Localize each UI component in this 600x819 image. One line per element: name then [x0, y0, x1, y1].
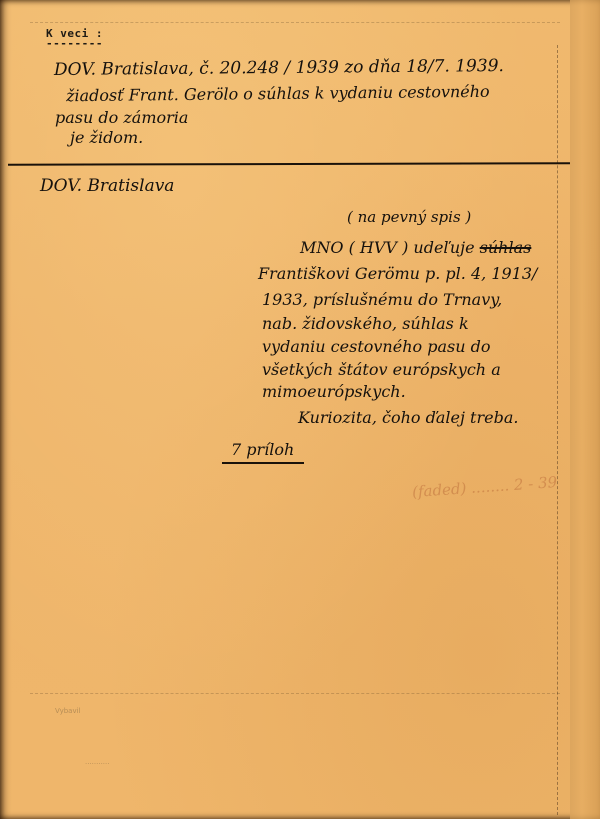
body-line-2: Františkovi Gerömu p. pl. 4, 1913/ [258, 264, 537, 283]
addressee: DOV. Bratislava [40, 176, 174, 196]
body-line-7: mimoeurópskych. [262, 382, 406, 401]
subject-line-4: je židom. [70, 128, 143, 147]
faint-rule-bottom [30, 693, 560, 695]
section-divider [8, 162, 570, 165]
subject-line-1: DOV. Bratislava, č. 20.248 / 1939 zo dňa… [54, 56, 504, 80]
subject-line-2: žiadosť Frant. Gerölo o súhlas k vydaniu… [66, 82, 490, 105]
body-line-4: nab. židovského, súhlas k [262, 314, 469, 333]
body-line-6: všetkých štátov európskych a [262, 360, 501, 379]
body-note: ( na pevný spis ) [347, 208, 471, 226]
document-page: K veci : -------- DOV. Bratislava, č. 20… [0, 0, 600, 819]
faint-rule-top [30, 22, 560, 24]
attachments-underline [222, 462, 304, 464]
faint-dotted-line: ........... [85, 758, 109, 766]
body-closing: Kuriozita, čoho ďalej treba. [298, 408, 518, 427]
faded-stamp: (faded) ........ 2 - 39 [412, 473, 558, 501]
body-line-3: 1933, príslušnému do Trnavy, [262, 290, 502, 309]
body-line-5: vydaniu cestovného pasu do [262, 337, 490, 356]
attachments-note: 7 príloh [231, 440, 294, 459]
faint-label-vybavil: Vybavil [55, 707, 81, 715]
subject-line-3: pasu do zámoria [55, 108, 188, 127]
body-line-1-struck: súhlas [480, 238, 532, 257]
body-line-1: MNO ( HVV ) udeľuje súhlas [300, 238, 531, 257]
margin-line [557, 45, 559, 815]
header-underline: -------- [46, 37, 103, 50]
body-line-1-prefix: MNO ( HVV ) udeľuje [300, 238, 475, 257]
page-edge-strip [570, 0, 600, 819]
